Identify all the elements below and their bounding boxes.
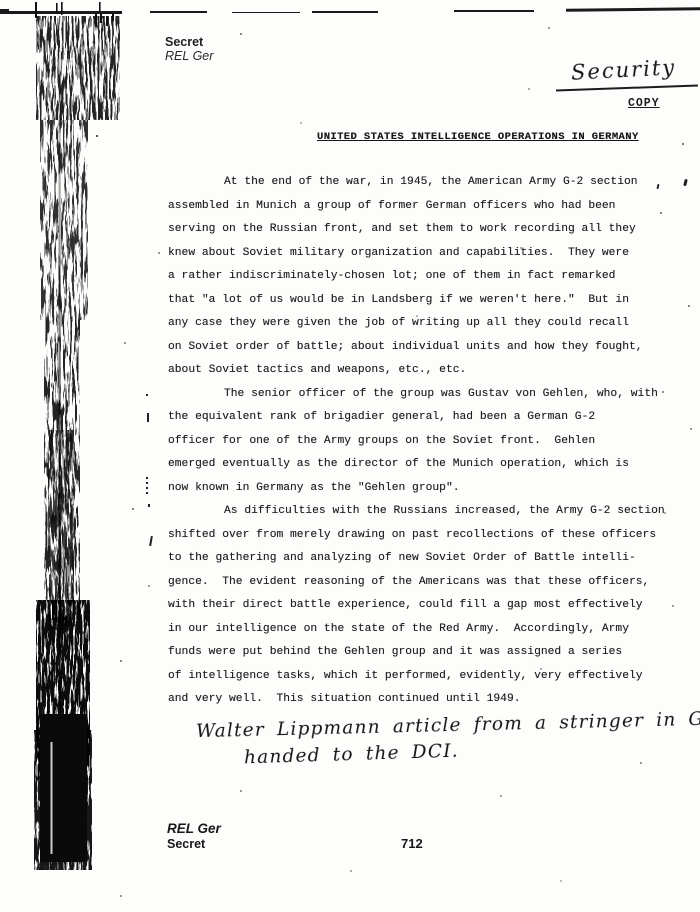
- body-line: now known in Germany as the "Gehlen grou…: [168, 477, 678, 501]
- left-scan-artifact-band: [28, 0, 128, 912]
- body-line: knew about Soviet military organization …: [168, 242, 678, 266]
- body-line: emerged eventually as the director of th…: [168, 453, 678, 477]
- document-body: At the end of the war, in 1945, the Amer…: [168, 171, 678, 712]
- body-line: funds were put behind the Gehlen group a…: [168, 641, 678, 665]
- body-line: At the end of the war, in 1945, the Amer…: [168, 171, 678, 195]
- body-line: that "a lot of us would be in Landsberg …: [168, 289, 678, 313]
- body-line: gence. The evident reasoning of the Amer…: [168, 571, 678, 595]
- stray-mark: [146, 477, 148, 494]
- copy-label: COPY: [628, 97, 660, 110]
- body-line: with their direct battle experience, cou…: [168, 594, 678, 618]
- body-line: officer for one of the Army groups on th…: [168, 430, 678, 454]
- note-line-1: Walter Lippmann article from a stringer …: [196, 707, 700, 742]
- body-line: to the gathering and analyzing of new So…: [168, 547, 678, 571]
- body-line: of intelligence tasks, which it performe…: [168, 665, 678, 689]
- body-line: any case they were given the job of writ…: [168, 312, 678, 336]
- body-line: assembled in Munich a group of former Ge…: [168, 195, 678, 219]
- body-line: on Soviet order of battle; about individ…: [168, 336, 678, 360]
- body-line: the equivalent rank of brigadier general…: [168, 406, 678, 430]
- body-line: and very well. This situation continued …: [168, 688, 678, 712]
- body-line: The senior officer of the group was Gust…: [168, 383, 678, 407]
- security-stamp-handwritten: Security: [570, 55, 676, 84]
- header-releasability: REL Ger: [165, 49, 213, 63]
- footer-releasability: REL Ger: [167, 821, 221, 836]
- stray-mark: [147, 413, 149, 422]
- note-line-2: handed to the DCI.: [244, 741, 459, 769]
- stray-mark: [683, 179, 687, 186]
- footer-classification: Secret: [167, 837, 205, 851]
- scanned-document-page: Secret REL Ger Security COPY UNITED STAT…: [0, 0, 700, 912]
- body-line: in our intelligence on the state of the …: [168, 618, 678, 642]
- body-line: As difficulties with the Russians increa…: [168, 500, 678, 524]
- document-title: UNITED STATES INTELLIGENCE OPERATIONS IN…: [317, 131, 639, 143]
- header-classification: Secret: [165, 35, 203, 49]
- scan-line-segment: [150, 11, 207, 14]
- page-number: 712: [401, 836, 423, 851]
- scan-line-segment: [566, 7, 700, 11]
- body-line: about Soviet tactics and weapons, etc., …: [168, 359, 678, 383]
- security-stamp-underline: [556, 85, 698, 92]
- stray-mark: [149, 536, 152, 546]
- body-line: a rather indiscriminately-chosen lot; on…: [168, 265, 678, 289]
- dust-specks: [0, 0, 2, 2]
- scan-line-segment: [232, 12, 300, 14]
- stray-mark: [146, 394, 148, 396]
- scan-line-segment: [312, 11, 378, 13]
- body-line: serving on the Russian front, and set th…: [168, 218, 678, 242]
- stray-mark: [148, 504, 150, 507]
- body-line: shifted over from merely drawing on past…: [168, 524, 678, 548]
- scan-line-segment: [454, 10, 534, 12]
